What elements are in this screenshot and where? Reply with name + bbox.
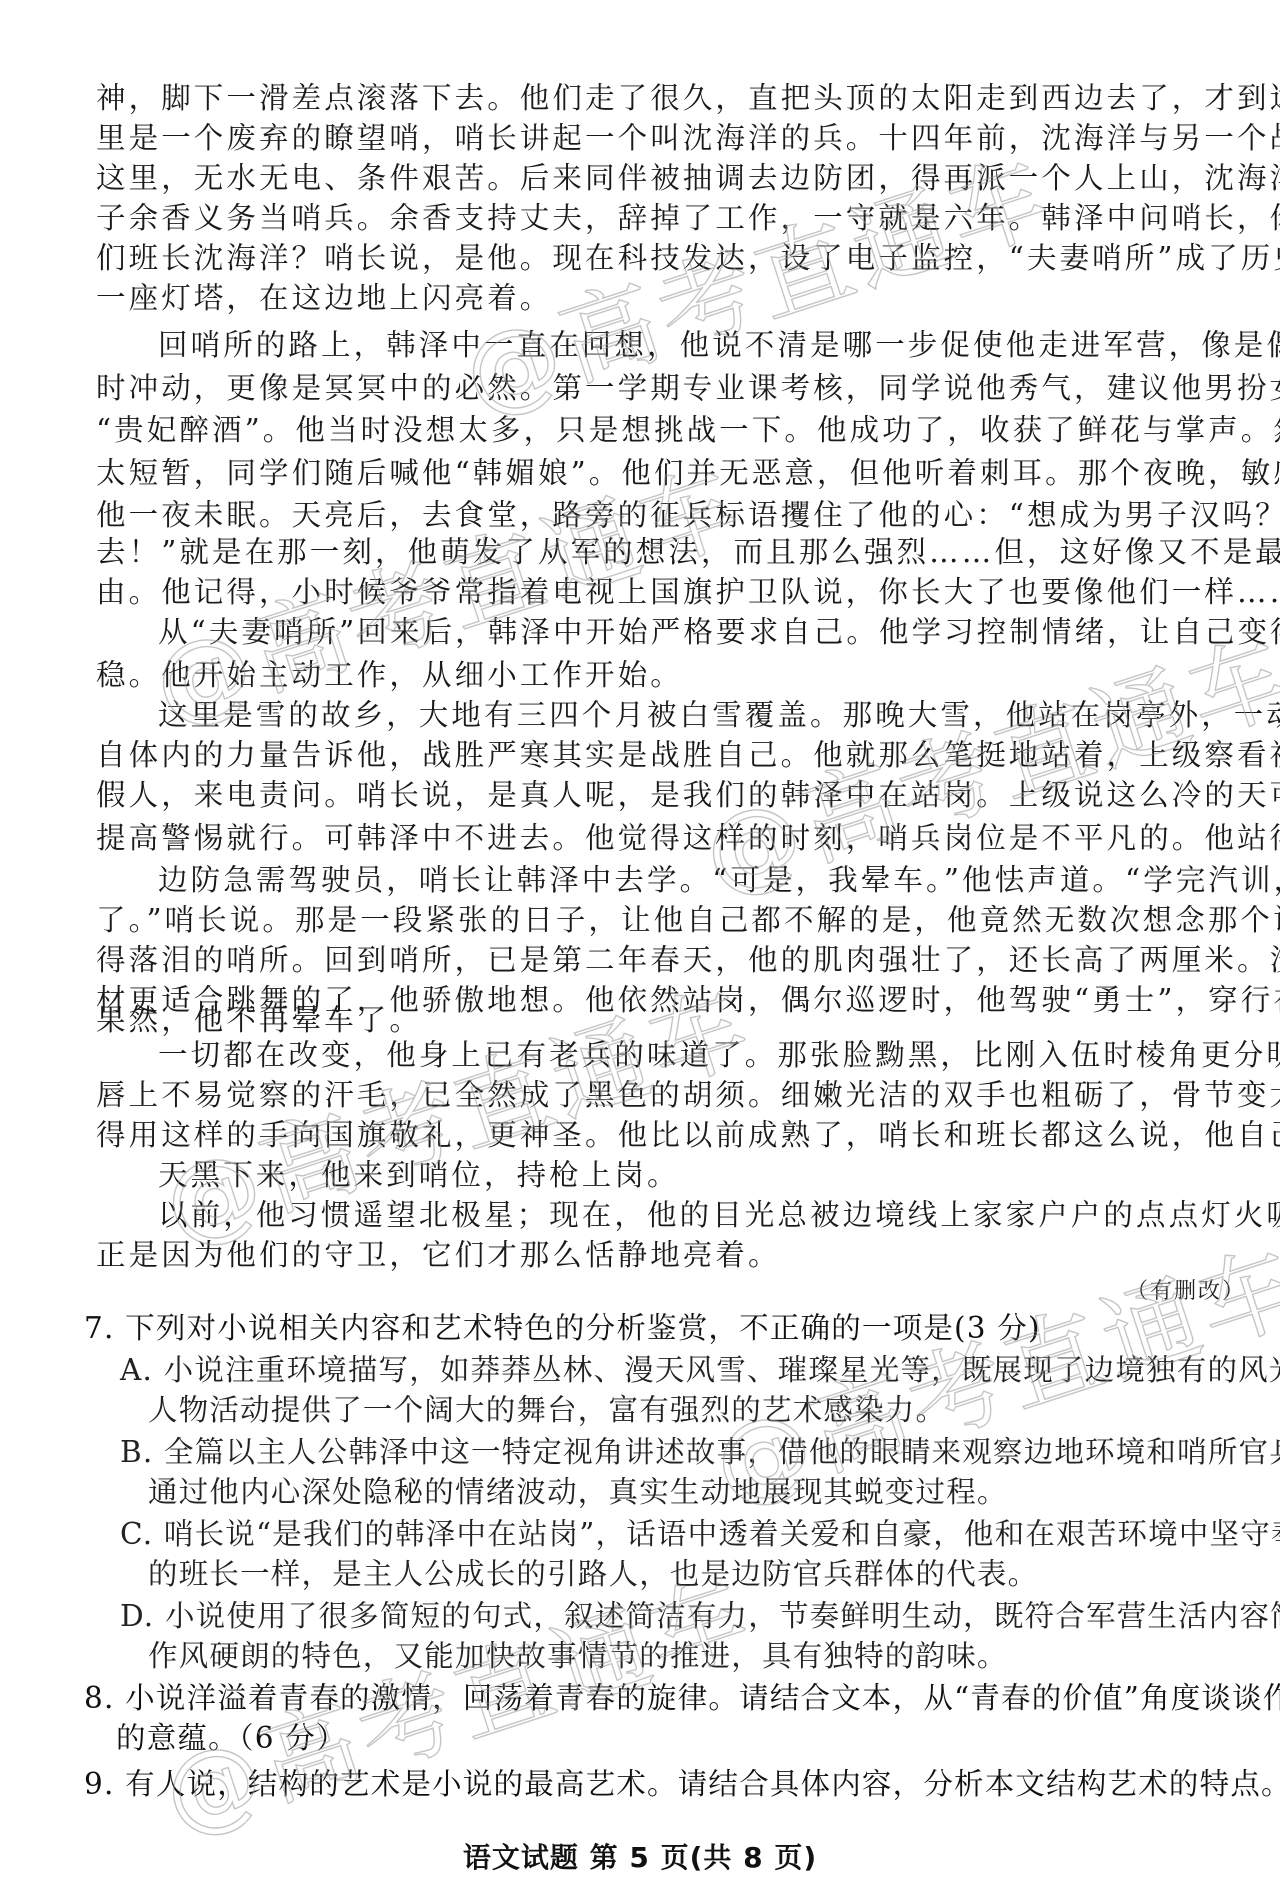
passage-line: 从“夫妻哨所”回来后，韩泽中开始严格要求自己。他学习控制情绪，让自己变得阳刚沉 [158, 612, 1280, 652]
passage-line: 了。”哨长说。那是一段紧张的日子，让他自己都不解的是，他竟然无数次想念那个让他寂… [96, 900, 1246, 940]
option-d-cont: 作风硬朗的特色，又能加快故事情节的推进，具有独特的韵味。 [148, 1636, 1008, 1676]
option-c-cont: 的班长一样，是主人公成长的引路人，也是边防官兵群体的代表。 [148, 1554, 1038, 1594]
passage-line: 这里是雪的故乡，大地有三四个月被白雪覆盖。那晚大雪，他站在岗亭外，一动不动，一股… [158, 695, 1280, 735]
source-note: （有删改） [1126, 1274, 1246, 1305]
passage-line: 里是一个废弃的瞭望哨，哨长讲起一个叫沈海洋的兵。十四年前，沈海洋与另一个战士被分… [96, 118, 1246, 158]
passage-line: 去！”就是在那一刻，他萌发了从军的想法，而且那么强烈……但，这好像又不是最初始的… [96, 532, 1246, 572]
option-c: C. 哨长说“是我们的韩泽中在站岗”，话语中透着关爱和自豪，他和在艰苦环境中坚守… [120, 1514, 1280, 1554]
passage-line: 以前，他习惯遥望北极星；现在，他的目光总被边境线上家家户户的点点灯火吸引。他想， [158, 1195, 1280, 1235]
passage-line: 们班长沈海洋？哨长说，是他。现在科技发达，设了电子监控，“夫妻哨所”成了历史，但… [96, 238, 1246, 278]
question-stem: 8. 小说洋溢着青春的激情，回荡着青春的旋律。请结合文本，从“青春的价值”角度谈… [84, 1678, 1280, 1718]
passage-line: 正是因为他们的守卫，它们才那么恬静地亮着。 [96, 1235, 1246, 1275]
option-b: B. 全篇以主人公韩泽中这一特定视角讲述故事，借他的眼睛来观察边地环境和哨所官兵… [120, 1432, 1280, 1472]
passage-line: 一座灯塔，在这边地上闪亮着。 [96, 278, 1246, 318]
page-footer: 语文试题 第 5 页(共 8 页) [0, 1836, 1280, 1876]
passage-line: 太短暂，同学们随后喊他“韩媚娘”。他们并无恶意，但他听着刺耳。那个夜晚，敏感而脆… [96, 453, 1246, 493]
passage-line: 得用这样的手向国旗敬礼，更神圣。他比以前成熟了，哨长和班长都这么说，他自己也这么… [96, 1115, 1246, 1155]
passage-line: 时冲动，更像是冥冥中的必然。第一学期专业课考核，同学说他秀气，建议他男扮女装，跳… [96, 368, 1246, 408]
question-9: 9. 有人说，结构的艺术是小说的最高艺术。请结合具体内容，分析本文结构艺术的特点… [84, 1764, 1280, 1804]
option-d: D. 小说使用了很多简短的句式，叙述简洁有力，节奏鲜明生动，既符合军营生活内容简… [120, 1596, 1280, 1636]
passage-line: 假人，来电责问。哨长说，是真人呢，是我们的韩泽中在站岗。上级说这么冷的天可以进岗… [96, 775, 1246, 815]
question-stem-cont: 的意蕴。（6 分） [116, 1718, 347, 1758]
passage-line: 神，脚下一滑差点滚落下去。他们走了很久，直把头顶的太阳走到西边去了，才到达山顶。… [96, 78, 1246, 118]
option-a-cont: 人物活动提供了一个阔大的舞台，富有强烈的艺术感染力。 [148, 1390, 946, 1430]
passage-line: 天黑下来，他来到哨位，持枪上岗。 [158, 1155, 1280, 1195]
passage-line: 回哨所的路上，韩泽中一直在回想，他说不清是哪一步促使他走进军营，像是偶然，像是一 [158, 325, 1280, 365]
passage-line: 稳。他开始主动工作，从细小工作开始。 [96, 655, 1246, 695]
option-b-cont: 通过他内心深处隐秘的情绪波动，真实生动地展现其蜕变过程。 [148, 1472, 1008, 1512]
option-a: A. 小说注重环境描写，如莽莽丛林、漫天风雪、璀璨星光等，既展现了边境独有的风光… [120, 1350, 1280, 1390]
passage-line: “贵妃醉酒”。他当时没想太多，只是想挑战一下。他成功了，收获了鲜花与掌声。然而，… [96, 410, 1246, 450]
passage-line: 子余香义务当哨兵。余香支持丈夫，辞掉了工作，一守就是六年。韩泽中问哨长，你说的是… [96, 198, 1246, 238]
exam-page: 神，脚下一滑差点滚落下去。他们走了很久，直把头顶的太阳走到西边去了，才到达山顶。… [0, 0, 1280, 1895]
passage-line: 自体内的力量告诉他，战胜严寒其实是战胜自己。他就那么笔挺地站着，上级察看视频，以… [96, 735, 1246, 775]
passage-line: 果然，他不再晕车了。 [96, 1000, 1246, 1040]
passage-line: 边防急需驾驶员，哨长让韩泽中去学。“可是，我晕车。”他怯声道。“学完汽训，就不晕 [158, 860, 1280, 900]
passage-line: 得落泪的哨所。回到哨所，已是第二年春天，他的肌肉强壮了，还长高了两厘米。没有比这… [96, 940, 1246, 980]
passage-line: 这里，无水无电、条件艰苦。后来同伴被抽调去边防团，得再派一个人上山，沈海洋申请让… [96, 158, 1246, 198]
passage-line: 由。他记得，小时候爷爷常指着电视上国旗护卫队说，你长大了也要像他们一样…… [96, 572, 1246, 612]
question-stem: 7. 下列对小说相关内容和艺术特色的分析鉴赏，不正确的一项是(3 分) [84, 1308, 1041, 1348]
passage-line: 唇上不易觉察的汗毛，已全然成了黑色的胡须。细嫩光洁的双手也粗砺了，骨节变大，但他… [96, 1075, 1246, 1115]
passage-line: 提高警惕就行。可韩泽中不进去。他觉得这样的时刻，哨兵岗位是不平凡的。他站得笔挺。 [96, 818, 1246, 858]
passage-line: 他一夜未眠。天亮后，去食堂，路旁的征兵标语攫住了他的心：“想成为男子汉吗？到军营 [96, 495, 1246, 535]
passage-line: 一切都在改变，他身上已有老兵的味道了。那张脸黝黑，比刚入伍时棱角更分明。先前嘴 [158, 1035, 1280, 1075]
